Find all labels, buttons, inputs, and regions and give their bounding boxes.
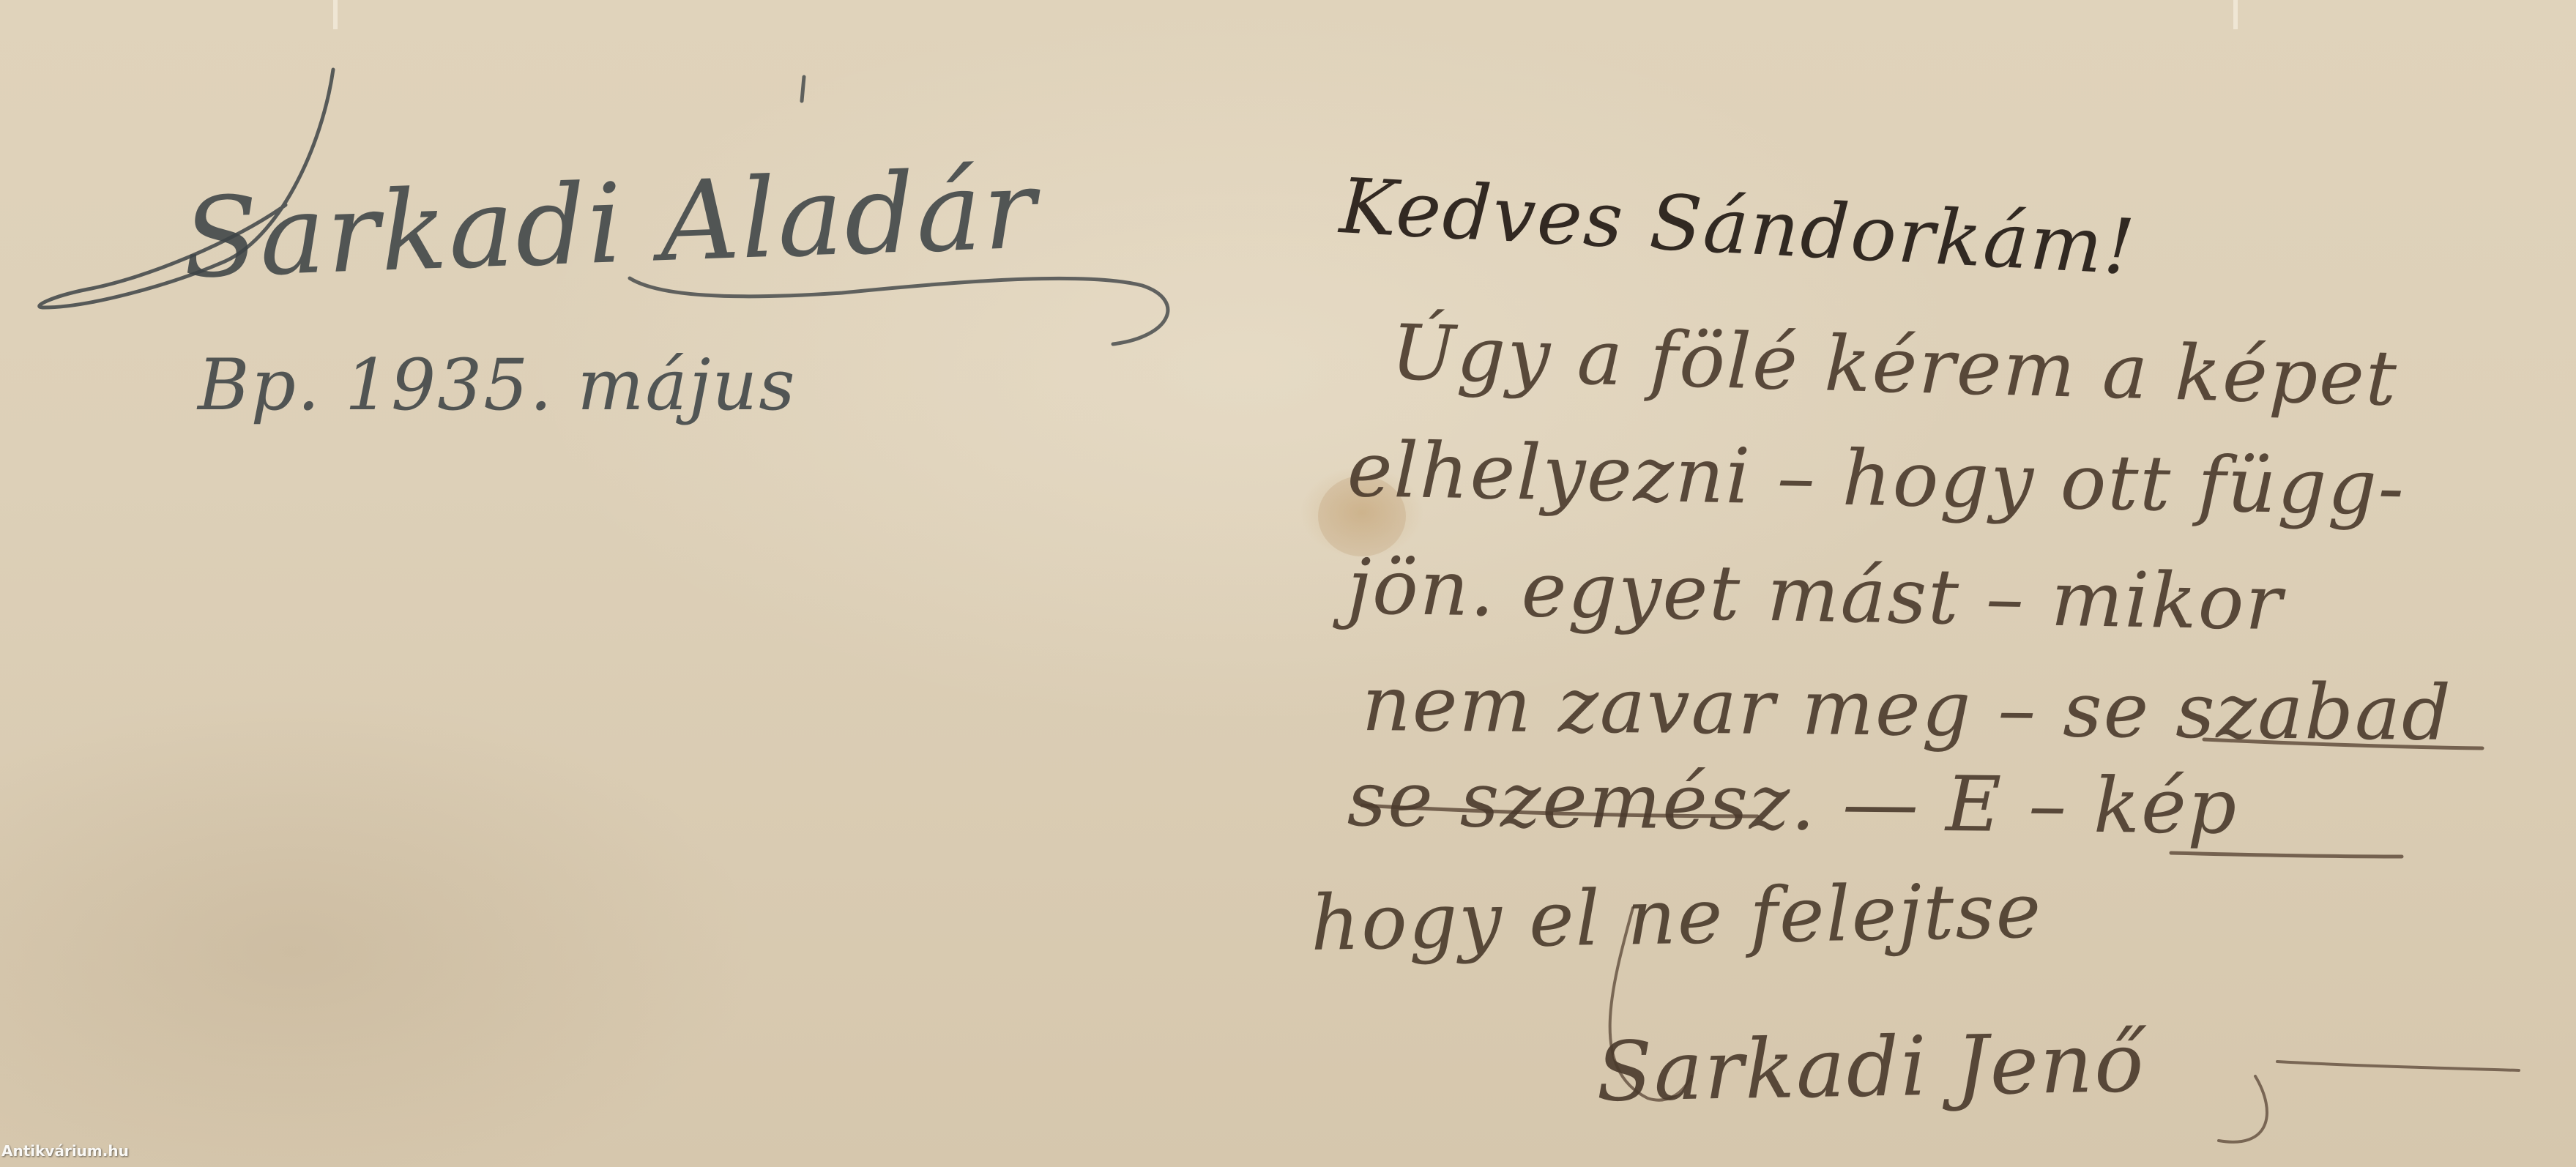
letter-line-3: jön. egyet mást – mikor	[1347, 542, 2284, 647]
frame-mat-edge	[2233, 0, 2238, 29]
letter-line-2: elhelyezni – hogy ott függ-	[1347, 425, 2406, 532]
left-date-line: Bp. 1935. május	[198, 344, 797, 426]
frame-mat-edge	[333, 0, 338, 29]
letter-signature: Sarkadi Jenő	[1596, 1015, 2146, 1120]
letter-line-6: hogy el ne felejtse	[1310, 866, 2043, 968]
watermark-text: Antikvárium.hu	[1, 1142, 129, 1160]
letter-line-5: se szemész. — E – kép	[1347, 754, 2238, 851]
letter-line-4: nem zavar meg – se szabad	[1361, 659, 2452, 758]
